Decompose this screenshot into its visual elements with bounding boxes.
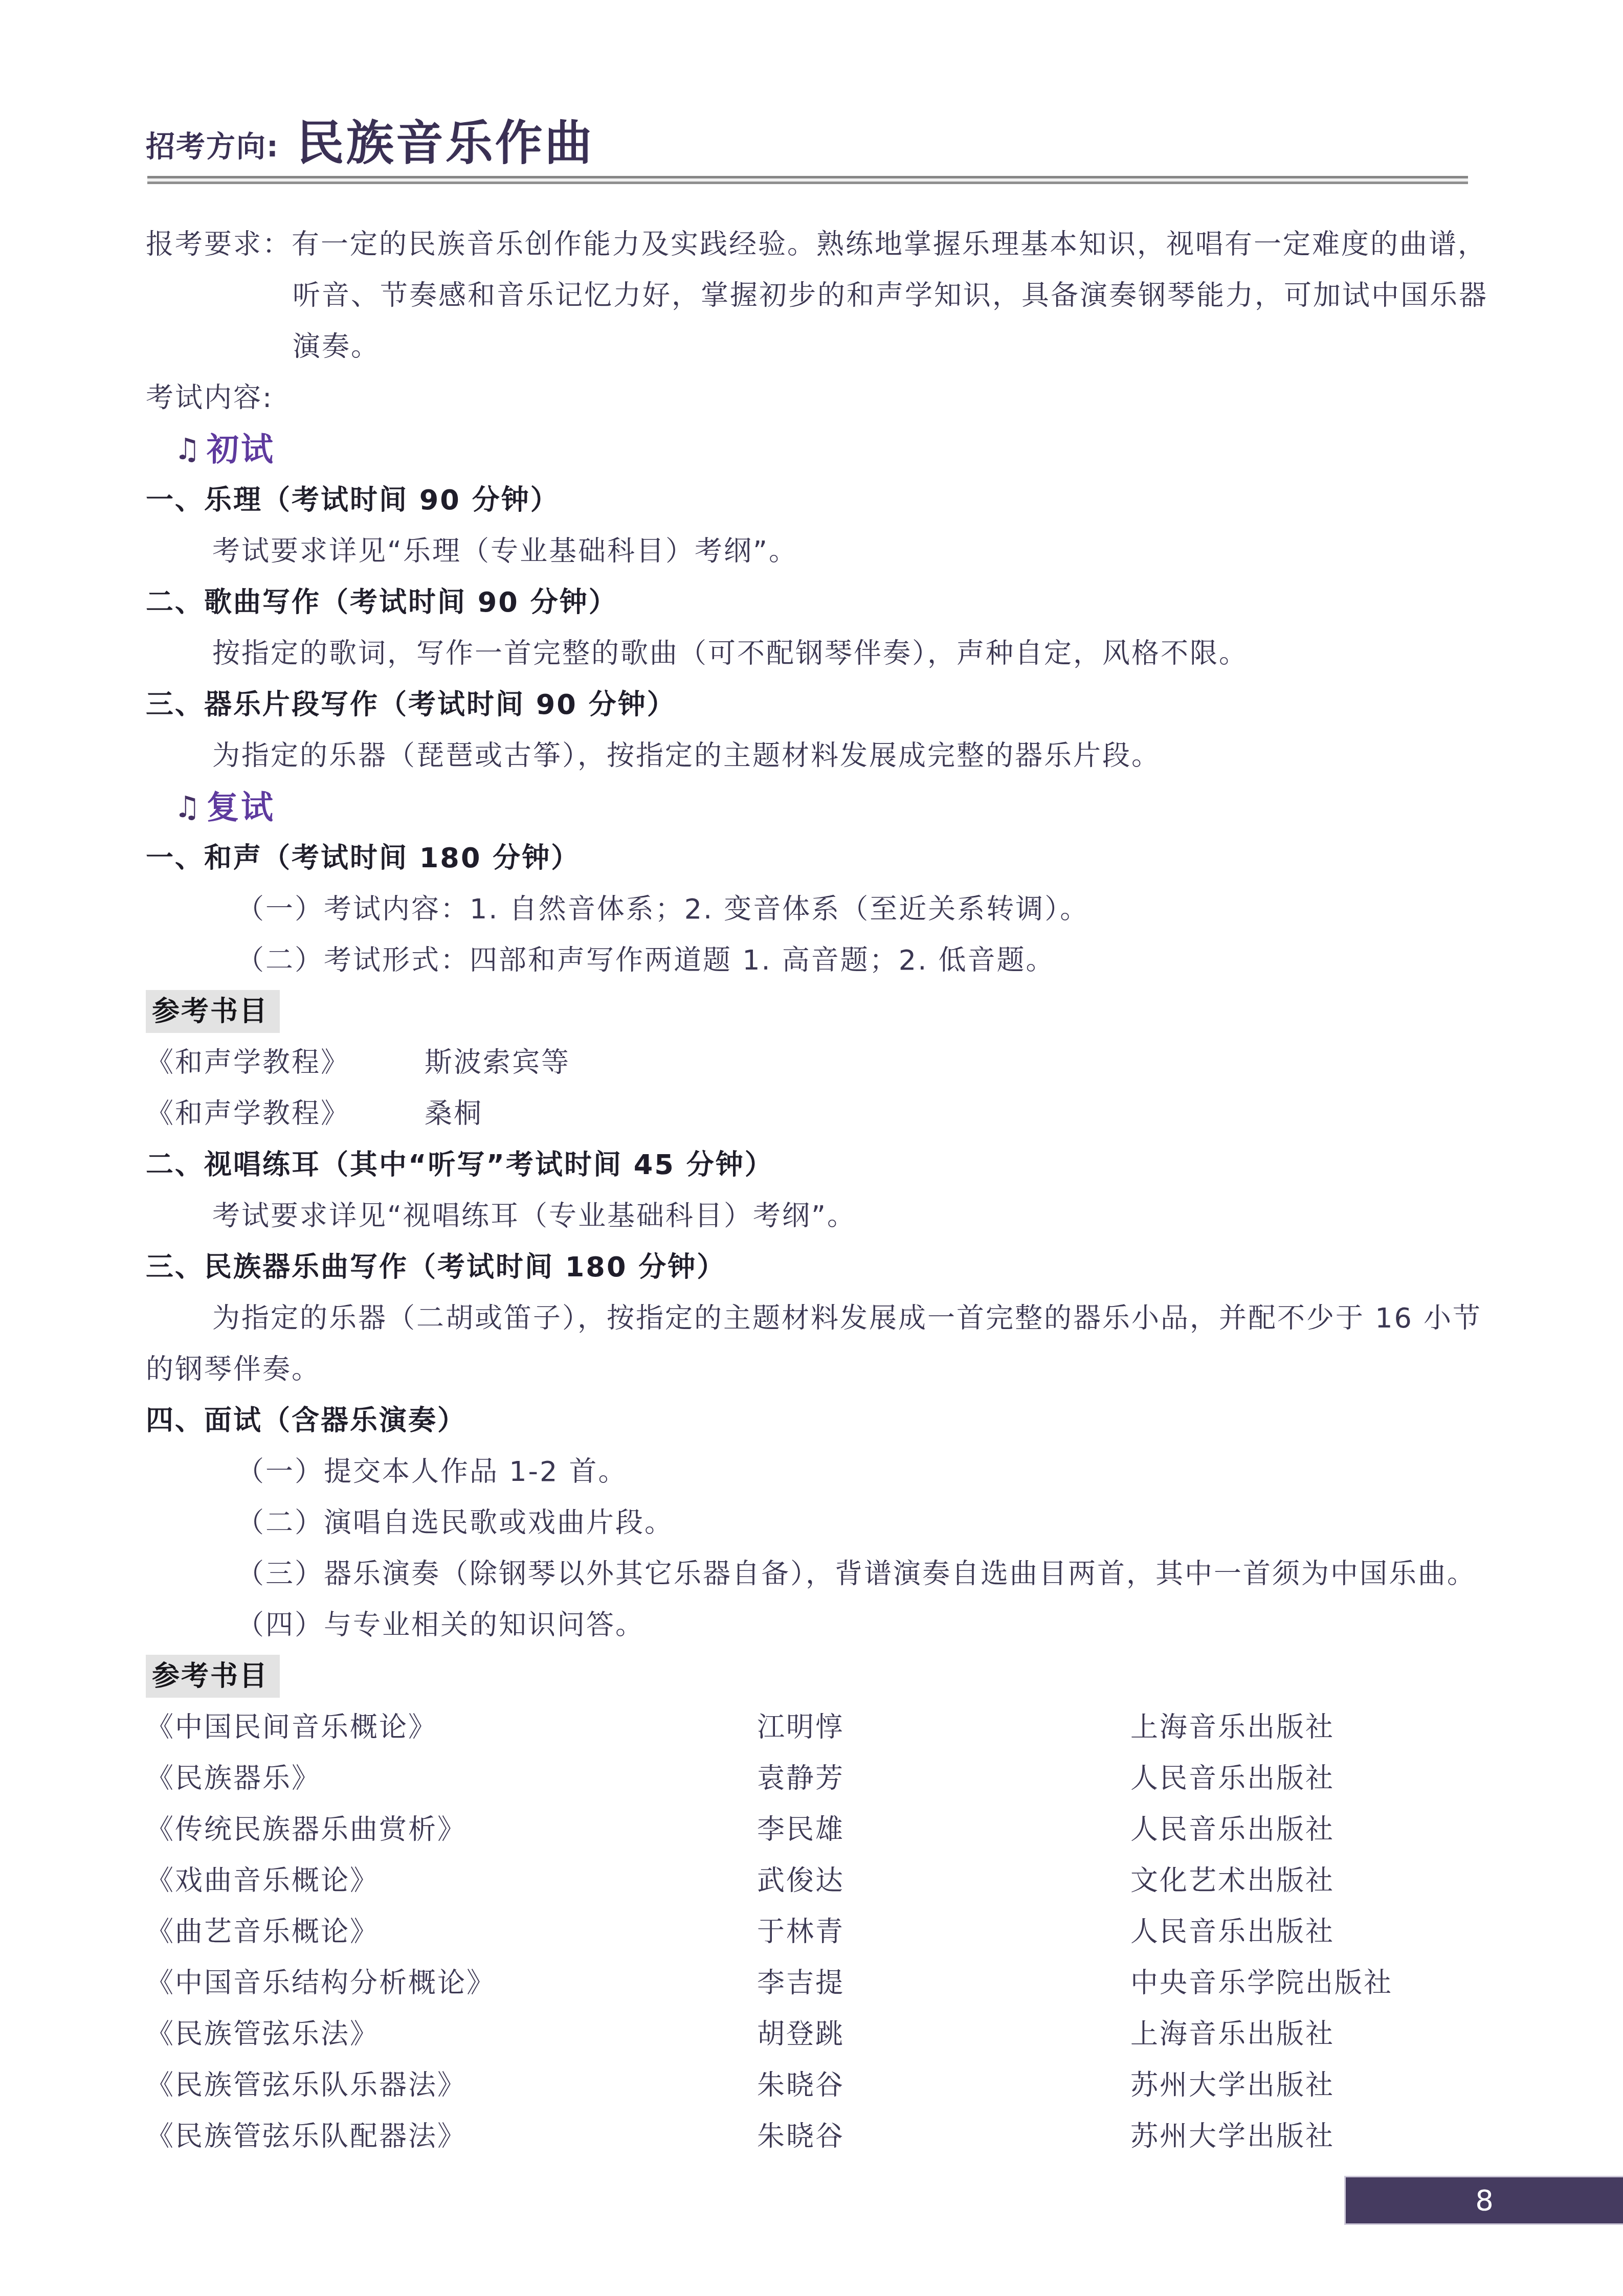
interview-item-1: （一）提交本人作品 1-2 首。 [236, 1446, 1623, 1497]
music-note-icon: ♫ [174, 434, 201, 464]
first-round-item1-heading: 一、乐理（考试时间 90 分钟） [146, 475, 1623, 526]
harmony-heading: 一、和声（考试时间 180 分钟） [146, 832, 1623, 884]
second-round-title: 复试 [207, 791, 275, 823]
book-author: 胡登跳 [757, 2009, 844, 2060]
reference-books-label: 参考书目 [146, 990, 280, 1033]
book-publisher: 文化艺术出版社 [1130, 1855, 1335, 1906]
book-title: 《民族管弦乐法》 [146, 2009, 379, 2060]
book-author: 袁静芳 [757, 1753, 844, 1804]
table-row: 《曲艺音乐概论》 于林青 人民音乐出版社 [146, 1906, 1623, 1957]
table-row: 《民族管弦乐法》 胡登跳 上海音乐出版社 [146, 2009, 1623, 2060]
first-round-item1-body: 考试要求详见“乐理（专业基础科目）考纲”。 [212, 526, 1623, 577]
solfege-heading: 二、视唱练耳（其中“听写”考试时间 45 分钟） [146, 1139, 1623, 1190]
table-row: 《戏曲音乐概论》 武俊达 文化艺术出版社 [146, 1855, 1623, 1906]
section-first-round: ♫ 初试 [174, 423, 1623, 475]
page-number-box: 8 [1344, 2176, 1623, 2225]
requirements-line-1: 报考要求：有一定的民族音乐创作能力及实践经验。熟练地掌握乐理基本知识，视唱有一定… [146, 219, 1623, 270]
interview-heading: 四、面试（含器乐演奏） [146, 1395, 1623, 1446]
book-publisher: 苏州大学出版社 [1130, 2111, 1335, 2162]
book-publisher: 上海音乐出版社 [1130, 2009, 1335, 2060]
bibliography-heading-line: 参考书目 [146, 1651, 1623, 1702]
book-author: 李吉提 [757, 1957, 844, 2009]
book-title: 《和声学教程》 [146, 1037, 350, 1088]
book-author: 斯波索宾等 [425, 1037, 570, 1088]
composition-body-line-1: 为指定的乐器（二胡或笛子），按指定的主题材料发展成一首完整的器乐小品，并配不少于… [212, 1293, 1623, 1344]
requirements-text-1: 有一定的民族音乐创作能力及实践经验。熟练地掌握乐理基本知识，视唱有一定难度的曲谱… [292, 228, 1487, 260]
book-publisher: 人民音乐出版社 [1130, 1753, 1335, 1804]
solfege-body: 考试要求详见“视唱练耳（专业基础科目）考纲”。 [212, 1190, 1623, 1242]
table-row: 《民族器乐》 袁静芳 人民音乐出版社 [146, 1753, 1623, 1804]
book-author: 桑桐 [425, 1088, 483, 1139]
book-title: 《传统民族器乐曲赏析》 [146, 1804, 466, 1855]
requirements-line-3: 演奏。 [293, 321, 1623, 372]
book-publisher: 人民音乐出版社 [1130, 1804, 1335, 1855]
book-title: 《曲艺音乐概论》 [146, 1906, 379, 1957]
book-title: 《戏曲音乐概论》 [146, 1855, 379, 1906]
book-author: 江明惇 [757, 1702, 844, 1753]
page-number: 8 [1475, 2184, 1494, 2217]
interview-item-2: （二）演唱自选民歌或戏曲片段。 [236, 1497, 1623, 1548]
first-round-item2-heading: 二、歌曲写作（考试时间 90 分钟） [146, 577, 1623, 628]
book-title: 《民族管弦乐队配器法》 [146, 2111, 466, 2162]
table-row: 《中国音乐结构分析概论》 李吉提 中央音乐学院出版社 [146, 1957, 1623, 2009]
composition-body-line-2: 的钢琴伴奏。 [146, 1344, 1623, 1395]
book-title: 《中国音乐结构分析概论》 [146, 1957, 496, 2009]
harmony-item-1: （一）考试内容：1. 自然音体系；2. 变音体系（至近关系转调）。 [236, 884, 1623, 935]
interview-item-4: （四）与专业相关的知识问答。 [236, 1600, 1623, 1651]
page-title: 民族音乐作曲 [297, 117, 594, 170]
document-body: 报考要求：有一定的民族音乐创作能力及实践经验。熟练地掌握乐理基本知识，视唱有一定… [0, 219, 1623, 2162]
book-title: 《民族管弦乐队乐器法》 [146, 2060, 466, 2111]
interview-item-3: （三）器乐演奏（除钢琴以外其它乐器自备），背谱演奏自选曲目两首，其中一首须为中国… [236, 1548, 1623, 1600]
first-round-item3-heading: 三、器乐片段写作（考试时间 90 分钟） [146, 679, 1623, 730]
book-title: 《和声学教程》 [146, 1088, 350, 1139]
book-author: 朱晓谷 [757, 2111, 844, 2162]
document-page: 招考方向: 民族音乐作曲 报考要求：有一定的民族音乐创作能力及实践经验。熟练地掌… [0, 0, 1623, 2296]
page-header: 招考方向: 民族音乐作曲 [146, 0, 1623, 170]
admission-direction-label: 招考方向: [146, 129, 279, 170]
harmony-book-row: 《和声学教程》 斯波索宾等 [146, 1037, 1623, 1088]
table-row: 《中国民间音乐概论》 江明惇 上海音乐出版社 [146, 1702, 1623, 1753]
harmony-book-row: 《和声学教程》 桑桐 [146, 1088, 1623, 1139]
book-author: 于林青 [757, 1906, 844, 1957]
first-round-item3-body: 为指定的乐器（琵琶或古筝），按指定的主题材料发展成完整的器乐片段。 [212, 730, 1623, 781]
book-publisher: 人民音乐出版社 [1130, 1906, 1335, 1957]
table-row: 《民族管弦乐队乐器法》 朱晓谷 苏州大学出版社 [146, 2060, 1623, 2111]
header-double-rule [147, 176, 1468, 184]
harmony-reference-heading-line: 参考书目 [146, 986, 1623, 1037]
composition-heading: 三、民族器乐曲写作（考试时间 180 分钟） [146, 1242, 1623, 1293]
book-author: 李民雄 [757, 1804, 844, 1855]
exam-content-label: 考试内容: [146, 372, 1623, 423]
music-note-icon: ♫ [174, 792, 201, 822]
book-title: 《民族器乐》 [146, 1753, 321, 1804]
table-row: 《民族管弦乐队配器法》 朱晓谷 苏州大学出版社 [146, 2111, 1623, 2162]
book-author: 朱晓谷 [757, 2060, 844, 2111]
requirements-label: 报考要求： [146, 228, 292, 260]
reference-books-label: 参考书目 [146, 1655, 280, 1698]
section-second-round: ♫ 复试 [174, 781, 1623, 832]
book-publisher: 中央音乐学院出版社 [1130, 1957, 1393, 2009]
first-round-title: 初试 [207, 433, 275, 465]
harmony-item-2: （二）考试形式：四部和声写作两道题 1. 高音题；2. 低音题。 [236, 935, 1623, 986]
book-author: 武俊达 [757, 1855, 844, 1906]
book-publisher: 苏州大学出版社 [1130, 2060, 1335, 2111]
requirements-line-2: 听音、节奏感和音乐记忆力好，掌握初步的和声学知识，具备演奏钢琴能力，可加试中国乐… [293, 270, 1623, 321]
first-round-item2-body: 按指定的歌词，写作一首完整的歌曲（可不配钢琴伴奏），声种自定，风格不限。 [212, 628, 1623, 679]
book-title: 《中国民间音乐概论》 [146, 1702, 437, 1753]
table-row: 《传统民族器乐曲赏析》 李民雄 人民音乐出版社 [146, 1804, 1623, 1855]
book-publisher: 上海音乐出版社 [1130, 1702, 1335, 1753]
